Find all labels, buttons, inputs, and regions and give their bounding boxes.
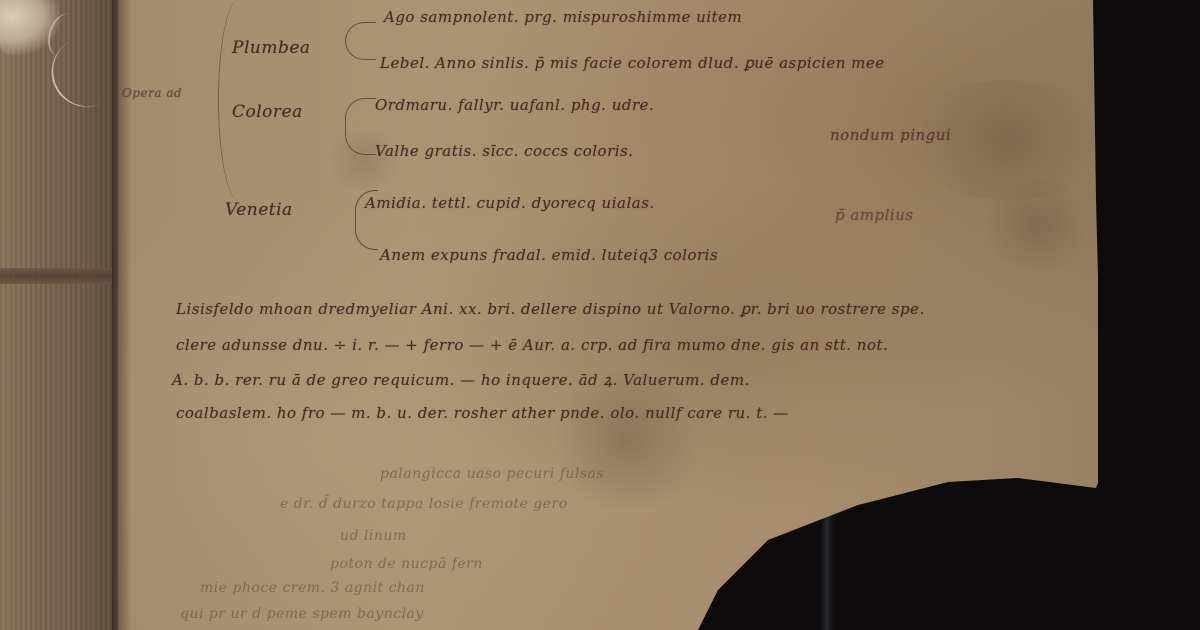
faded-line: qui pr ur d peme spem baynclay [180,606,424,622]
faded-line: poton de nucpā fern [330,556,483,572]
faded-line: mie phoce crem. 3 agnit chan [200,580,425,596]
binding-stitch [0,268,118,284]
manuscript-photo: Opera ad Plumbea Ago sampnolent. prg. mi… [0,0,1200,630]
faded-line: ud linum [340,528,407,544]
entry: Amidia. tettl. cupid. dyorecq uialas. [365,194,655,212]
margin-note: Opera ad [122,86,182,100]
entry: Lebel. Anno sinlis. p̄ mis facie colorem… [380,54,885,72]
paragraph-line: clere adunsse dnu. ÷ i. r. — + ferro — +… [176,336,888,354]
annotation: nondum pingui [830,126,951,144]
paragraph-line: Lisisfeldo mhoan dredmyeliar Ani. xx. br… [176,300,925,318]
entry: Ordmaru. fallyr. uafanl. phg. udre. [375,96,654,114]
annotation: p̄ amplius [835,206,914,224]
lemma-venetia: Venetia [225,200,293,220]
paragraph-line: coalbaslem. ho fro — m. b. u. der. roshe… [176,404,789,422]
lemma-plumbea: Plumbea [232,38,311,58]
entry: Valhe gratis. sīcc. coccs coloris. [375,142,634,160]
ruling-line [218,0,259,200]
brace-plumbea [345,22,376,60]
entry: Ago sampnolent. prg. mispuroshimme uitem [384,8,742,26]
stain [548,370,708,510]
entry: Anem expuns fradal. emid. luteiq3 colori… [380,246,718,264]
brace-colorea [345,98,376,155]
faded-line: palangicca uaso pecuri fulsas [380,466,604,482]
paragraph-line: A. b. b. rer. ru ā de greo requicum. — h… [172,370,750,390]
stain [978,180,1098,270]
faded-line: e dr. d̄ durzo tappa losie fremote gero [280,496,568,512]
lemma-colorea: Colorea [232,102,303,122]
